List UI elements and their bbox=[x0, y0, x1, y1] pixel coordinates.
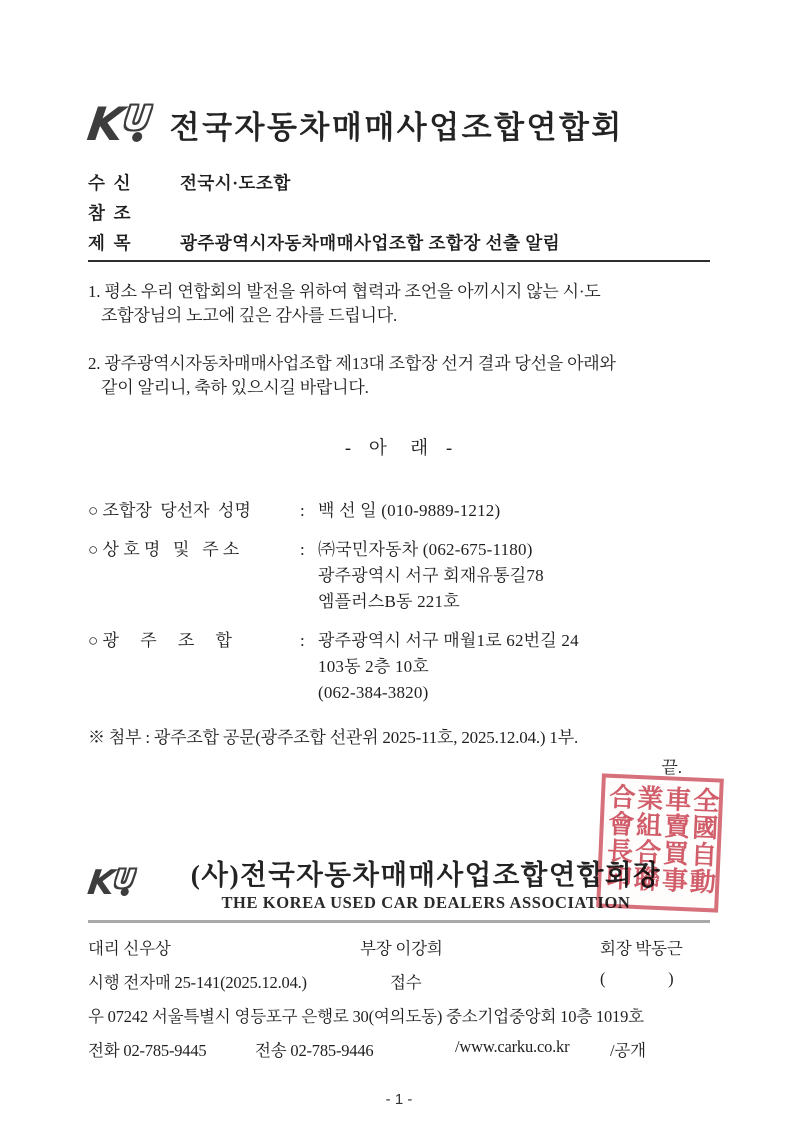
attachment-note: ※ 첨부 : 광주조합 공문(광주조합 선관위 2025-11호, 2025.1… bbox=[88, 723, 710, 748]
logo-letter-u: U bbox=[122, 102, 152, 134]
item-elected-chairman-value: 백 선 일 (010-9889-1212) bbox=[318, 498, 710, 524]
paragraph-1-line-2: 조합장님의 노고에 깊은 감사를 드립니다. bbox=[88, 304, 710, 328]
item-company-address-label: ○ 상 호 명 및 주 소 bbox=[88, 537, 300, 615]
below-heading: - 아 래 - bbox=[88, 434, 710, 460]
cc-row: 참 조 bbox=[88, 198, 710, 228]
subject-value: 광주광역시자동차매매사업조합 조합장 선출 알림 bbox=[180, 228, 710, 258]
recipient-label: 수 신 bbox=[88, 168, 180, 198]
item-gwangju-union: ○ 광 주 조 합 : 광주광역시 서구 매월1로 62번길 24 103동 2… bbox=[88, 628, 710, 706]
disclosure-label: /공개 bbox=[610, 1037, 710, 1061]
detail-items: ○ 조합장 당선자 성명 : 백 선 일 (010-9889-1212) ○ 상… bbox=[88, 498, 710, 706]
paragraph-1-line-1: 1. 평소 우리 연합회의 발전을 위하여 협력과 조언을 아끼시지 않는 시·… bbox=[88, 280, 710, 304]
ku-association-logo-icon: KU bbox=[86, 866, 137, 900]
document-number: 시행 전자매 25-141(2025.12.04.) bbox=[88, 969, 390, 993]
item-line: 엠플러스B동 221호 bbox=[318, 589, 710, 615]
item-line: 광주광역시 서구 회재유통길78 bbox=[318, 563, 710, 589]
document-footer: 대리 신우상 부장 이강희 회장 박동근 시행 전자매 25-141(2025.… bbox=[88, 935, 710, 1061]
paragraph-1: 1. 평소 우리 연합회의 발전을 위하여 협력과 조언을 아끼시지 않는 시·… bbox=[88, 280, 710, 327]
footer-contact-row: 전화 02-785-9445 전송 02-785-9446 /www.carku… bbox=[88, 1037, 710, 1061]
document-content: KU 전국자동차매매사업조합연합회 수 신 전국시·도조합 참 조 제 목 광주… bbox=[0, 0, 793, 1108]
subject-divider bbox=[88, 260, 710, 262]
footer-officials-row: 대리 신우상 부장 이강희 회장 박동근 bbox=[88, 935, 710, 959]
website-url: /www.carku.co.kr bbox=[455, 1037, 610, 1061]
recipient-value: 전국시·도조합 bbox=[180, 168, 710, 198]
official-seal-stamp: 全國自動車賣買事業組合聯合會長印 bbox=[596, 773, 724, 912]
footer-document-number-row: 시행 전자매 25-141(2025.12.04.) 접수 ( ) bbox=[88, 969, 710, 993]
footer-divider bbox=[88, 920, 710, 923]
document-meta: 수 신 전국시·도조합 참 조 제 목 광주광역시자동차매매사업조합 조합장 선… bbox=[88, 168, 710, 258]
footer-address-row: 우 07242 서울특별시 영등포구 은행로 30(여의도동) 중소기업중앙회 … bbox=[88, 1003, 710, 1027]
logo-letter-k: K bbox=[86, 866, 117, 900]
item-company-address-value: ㈜국민자동차 (062-675-1180) 광주광역시 서구 회재유통길78 엠… bbox=[318, 537, 710, 615]
item-line: 광주광역시 서구 매월1로 62번길 24 bbox=[318, 628, 710, 654]
ku-association-logo-icon: KU bbox=[85, 101, 153, 147]
item-gwangju-union-value: 광주광역시 서구 매월1로 62번길 24 103동 2층 10호 (062-3… bbox=[318, 628, 710, 706]
receipt-label: 접수 bbox=[390, 969, 600, 993]
item-line: ㈜국민자동차 (062-675-1180) bbox=[318, 537, 710, 563]
cc-value bbox=[180, 198, 710, 228]
fax-number: 전송 02-785-9446 bbox=[255, 1037, 455, 1061]
logo-letter-u: U bbox=[113, 867, 136, 891]
paragraph-2: 2. 광주광역시자동차매매사업조합 제13대 조합장 선거 결과 당선을 아래와… bbox=[88, 352, 710, 399]
recipient-row: 수 신 전국시·도조합 bbox=[88, 168, 710, 198]
cc-label: 참 조 bbox=[88, 198, 180, 228]
item-colon: : bbox=[300, 628, 318, 706]
item-colon: : bbox=[300, 498, 318, 524]
item-colon: : bbox=[300, 537, 318, 615]
phone-number: 전화 02-785-9445 bbox=[88, 1037, 255, 1061]
seal-characters: 全國自動車賣買事業組合聯合會長印 bbox=[602, 783, 719, 904]
paragraph-2-line-2: 같이 알리니, 축하 있으시길 바랍니다. bbox=[88, 376, 710, 400]
page-number: - 1 - bbox=[88, 1091, 710, 1108]
item-elected-chairman-label: ○ 조합장 당선자 성명 bbox=[88, 498, 300, 524]
official-deputy: 대리 신우상 bbox=[88, 935, 360, 959]
official-manager: 부장 이강희 bbox=[360, 935, 600, 959]
item-line: 백 선 일 (010-9889-1212) bbox=[318, 498, 710, 524]
subject-label: 제 목 bbox=[88, 228, 180, 258]
item-line: (062-384-3820) bbox=[318, 680, 710, 706]
logo-letter-k: K bbox=[85, 101, 127, 147]
receipt-blank-field: ( ) bbox=[600, 969, 710, 993]
letterhead: KU 전국자동차매매사업조합연합회 bbox=[88, 95, 710, 153]
document-page: KU 전국자동차매매사업조합연합회 수 신 전국시·도조합 참 조 제 목 광주… bbox=[0, 0, 793, 1122]
official-chairman: 회장 박동근 bbox=[600, 935, 710, 959]
item-gwangju-union-label: ○ 광 주 조 합 bbox=[88, 628, 300, 706]
paragraph-2-line-1: 2. 광주광역시자동차매매사업조합 제13대 조합장 선거 결과 당선을 아래와 bbox=[88, 352, 710, 376]
subject-row: 제 목 광주광역시자동차매매사업조합 조합장 선출 알림 bbox=[88, 228, 710, 258]
item-line: 103동 2층 10호 bbox=[318, 654, 710, 680]
item-company-address: ○ 상 호 명 및 주 소 : ㈜국민자동차 (062-675-1180) 광주… bbox=[88, 537, 710, 615]
item-elected-chairman: ○ 조합장 당선자 성명 : 백 선 일 (010-9889-1212) bbox=[88, 498, 710, 524]
organization-title: 전국자동차매매사업조합연합회 bbox=[170, 102, 624, 147]
